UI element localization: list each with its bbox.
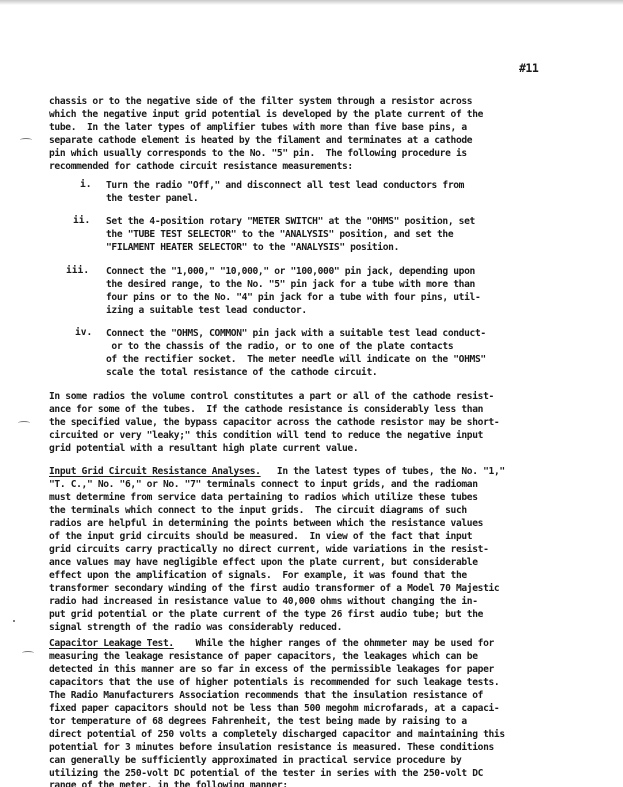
text-line: put grid potential or the plate current …	[49, 608, 483, 621]
section-heading-line: Capacitor Leakage Test. While the higher…	[49, 637, 494, 650]
text-line: chassis or to the negative side of the f…	[49, 95, 472, 108]
margin-pencil-mark	[22, 651, 34, 655]
step-number: ii.	[73, 215, 90, 226]
text-line: separate cathode element is heated by th…	[49, 134, 472, 147]
text-line: recommended for cathode circuit resistan…	[49, 160, 353, 173]
text-line: must determine from service data pertain…	[49, 491, 478, 504]
text-line: Connect the "OHMS, COMMON" pin jack with…	[106, 327, 486, 340]
margin-dot	[13, 620, 15, 622]
step-number: iv.	[75, 327, 92, 338]
text-line: measuring the leakage resistance of pape…	[49, 650, 478, 663]
text-line: izing a suitable test lead conductor.	[106, 304, 307, 317]
text-line: detected in this manner are so far in ex…	[49, 663, 494, 676]
text-line: scale the total resistance of the cathod…	[106, 366, 377, 379]
text-line: radio had increased in resistance value …	[49, 595, 478, 608]
text-line: which the negative input grid potential …	[49, 108, 483, 121]
text-line: ance for some of the tubes. If the catho…	[49, 403, 483, 416]
text-line: potential for 3 minutes before insulatio…	[49, 741, 494, 754]
text-line: fixed paper capacitors should not be les…	[49, 702, 499, 715]
text-line: radios are helpful in determining the po…	[49, 517, 483, 530]
margin-pencil-mark	[20, 138, 32, 142]
text-line: of the rectifier socket. The meter needl…	[106, 353, 486, 366]
text-line: four pins or to the No. "4" pin jack for…	[106, 291, 480, 304]
text-fragment: While the higher ranges of the ohmmeter …	[174, 638, 494, 649]
text-line: grid potential with a resultant high pla…	[49, 442, 358, 455]
section-heading-line: Input Grid Circuit Resistance Analyses. …	[49, 465, 505, 478]
text-line: the specified value, the bypass capacito…	[49, 416, 499, 429]
text-line: circuited or very "leaky;" this conditio…	[49, 429, 483, 442]
text-line: pin which usually corresponds to the No.…	[49, 147, 467, 160]
text-line: direct potential of 250 volts a complete…	[49, 728, 505, 741]
text-line: Set the 4-position rotary "METER SWITCH"…	[106, 215, 475, 228]
text-line: Connect the "1,000," "10,000," or "100,0…	[106, 265, 475, 278]
text-line: range of the meter, in the following man…	[49, 779, 288, 787]
text-line: Turn the radio "Off," and disconnect all…	[106, 179, 464, 192]
text-line: or to the chassis of the radio, or to on…	[106, 340, 453, 353]
page-number: #11	[519, 61, 538, 75]
text-line: The Radio Manufacturers Association reco…	[49, 689, 483, 702]
text-line: tor temperature of 68 degrees Fahrenheit…	[49, 715, 467, 728]
text-line: capacitors that the use of higher potent…	[49, 676, 499, 689]
text-line: signal strength of the radio was conside…	[49, 621, 342, 634]
text-line: effect upon the amplification of signals…	[49, 569, 467, 582]
text-line: In some radios the volume control consti…	[49, 390, 494, 403]
text-line: "T. C.," No. "6," or No. "7" terminals c…	[49, 478, 478, 491]
text-line: transformer secondary winding of the fir…	[49, 582, 499, 595]
text-fragment: In the latest types of tubes, the No. "1…	[261, 466, 505, 477]
section-heading: Capacitor Leakage Test.	[49, 638, 174, 649]
step-number: i.	[80, 179, 92, 190]
section-heading: Input Grid Circuit Resistance Analyses.	[49, 466, 261, 477]
document-page: #11 chassis or to the negative side of t…	[0, 0, 623, 787]
text-line: the desired range, to the No. "5" pin ja…	[106, 278, 475, 291]
text-line: the tester panel.	[106, 192, 198, 205]
text-line: "FILAMENT HEATER SELECTOR" to the "ANALY…	[106, 241, 399, 254]
text-line: of the input grid circuits should be mea…	[49, 530, 472, 543]
margin-pencil-mark	[18, 421, 30, 425]
text-line: ance values may have negligible effect u…	[49, 556, 478, 569]
text-line: can generally be sufficiently approximat…	[49, 754, 461, 767]
text-line: tube. In the later types of amplifier tu…	[49, 121, 467, 134]
text-line: grid circuits carry practically no direc…	[49, 543, 489, 556]
text-line: the "TUBE TEST SELECTOR" to the "ANALYSI…	[106, 228, 453, 241]
text-line: the terminals which connect to the input…	[49, 504, 467, 517]
step-number: iii.	[66, 265, 89, 276]
